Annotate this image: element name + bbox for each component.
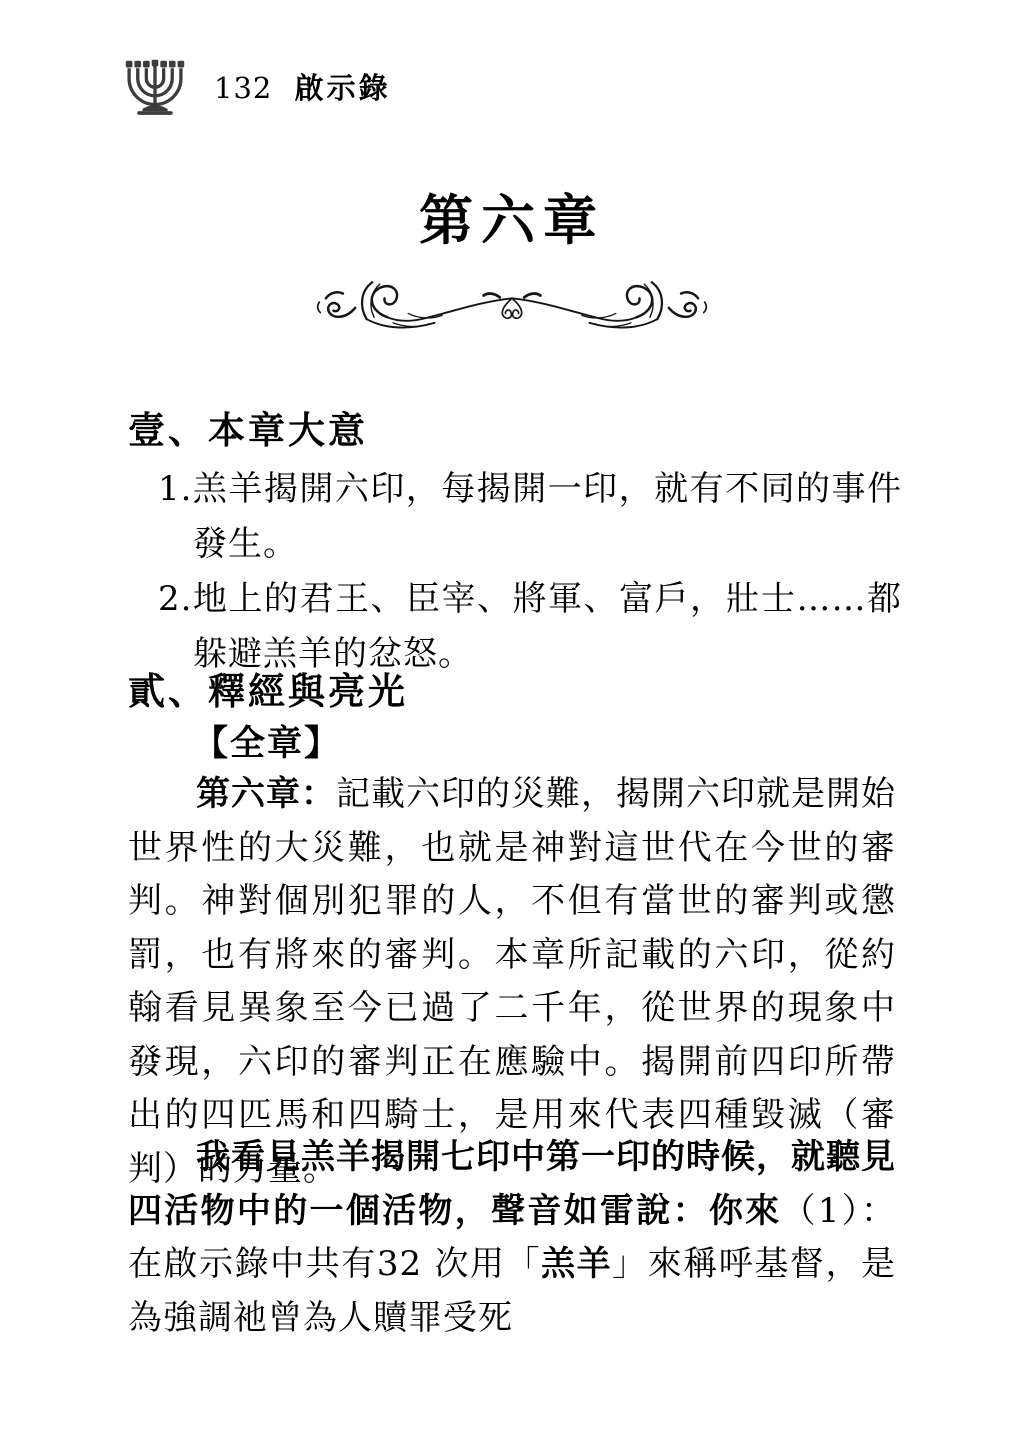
book-page: 132 啟示錄 第六章 [0, 0, 1024, 1438]
page-header: 132 啟示錄 [114, 46, 391, 120]
summary-list: 1.羔羊揭開六印，每揭開一印，就有不同的事件發生。 2.地上的君王、臣宰、將軍、… [158, 462, 902, 682]
running-head: 132 啟示錄 [214, 60, 391, 107]
paragraph-2-bold-2: 羔羊 [541, 1244, 612, 1284]
paragraph-2: 我看見羔羊揭開七印中第一印的時候，就聽見四活物中的一個活物，聲音如雷說：你來（1… [128, 1131, 896, 1345]
list-text: 羔羊揭開六印，每揭開一印，就有不同的事件發生。 [192, 469, 902, 564]
book-title: 啟示錄 [295, 71, 391, 105]
section-heading-2: 貳、釋經與亮光 [128, 661, 408, 715]
list-text: 地上的君王、臣宰、將軍、富戶，壯士……都躲避羔羊的忿怒。 [192, 579, 902, 674]
paragraph-1-text: 記載六印的災難，揭開六印就是開始世界性的大災難，也就是神對這世代在今世的審判。神… [128, 774, 896, 1189]
section-heading-1: 壹、本章大意 [128, 400, 368, 454]
flourish-divider-icon [303, 270, 721, 338]
list-number: 1. [158, 469, 192, 509]
paragraph-1-lead: 第六章： [196, 774, 336, 814]
subsection-heading: 【全章】 [193, 716, 341, 766]
list-item: 1.羔羊揭開六印，每揭開一印，就有不同的事件發生。 [158, 462, 902, 572]
list-number: 2. [158, 579, 192, 619]
page-number: 132 [214, 71, 272, 105]
chapter-title: 第六章 [0, 178, 1024, 255]
menorah-icon [114, 46, 196, 120]
